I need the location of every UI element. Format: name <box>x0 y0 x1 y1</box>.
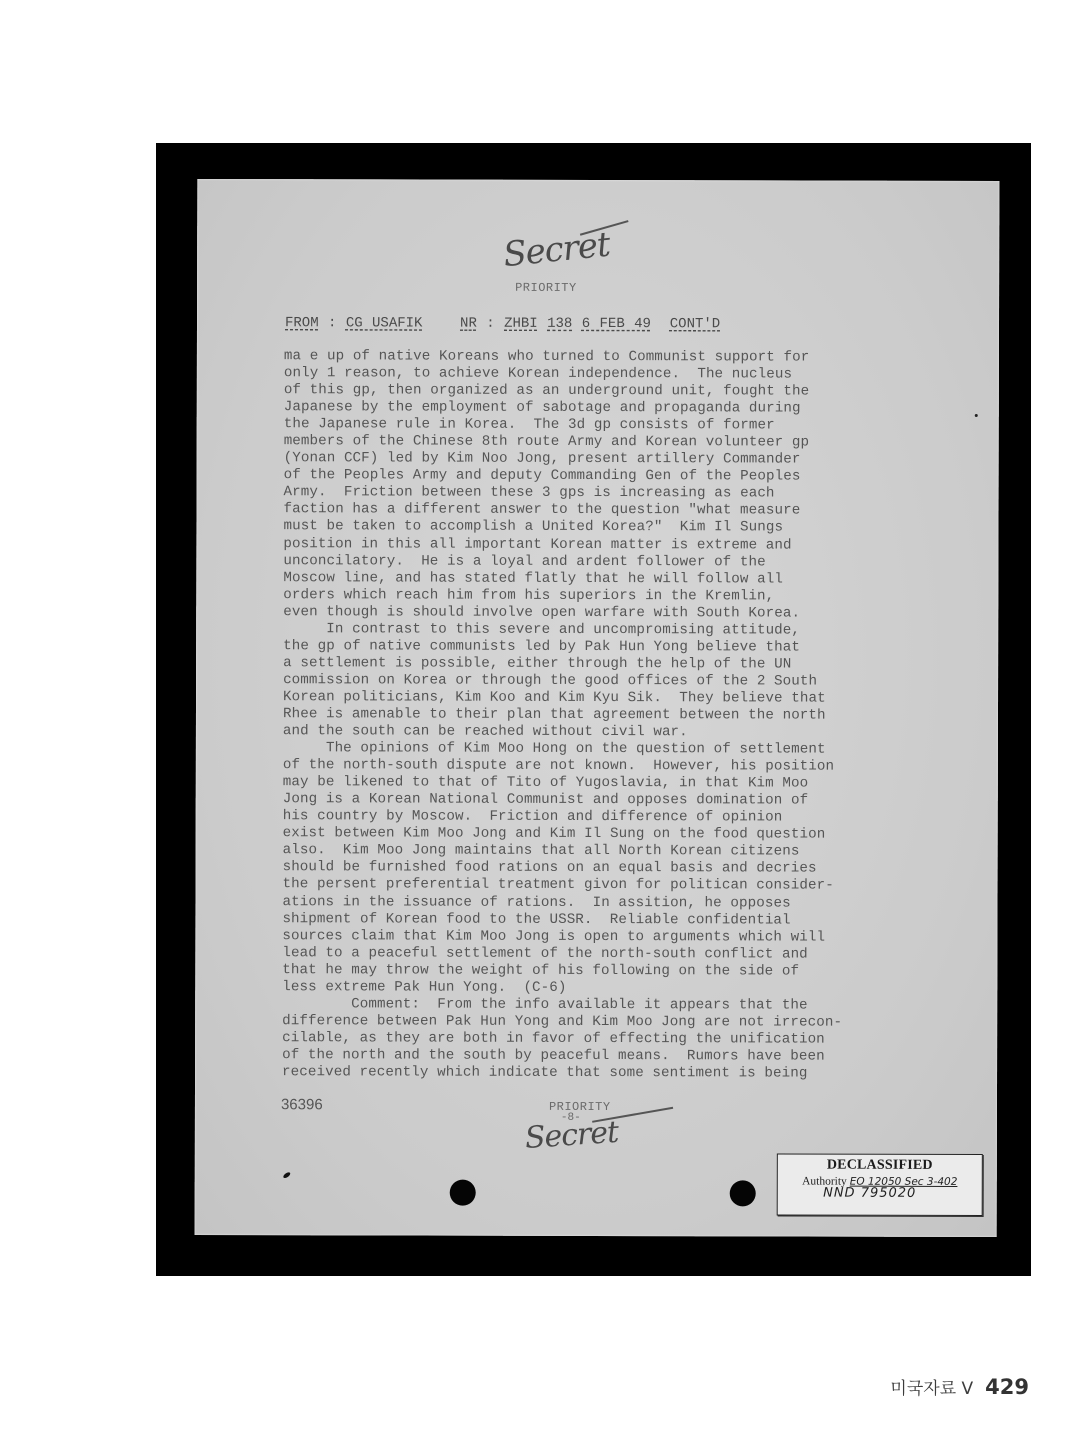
message-number: 138 <box>547 316 572 332</box>
body-line: cilable, as they are both in favor of ef… <box>282 1030 982 1049</box>
body-line: sources claim that Kim Moo Jong is open … <box>282 928 982 947</box>
body-line: members of the Chinese 8th route Army an… <box>284 433 984 452</box>
body-line: of the north-south dispute are not known… <box>283 757 983 776</box>
footer-page-number: 429 <box>985 1375 1029 1399</box>
body-line: ations in the issuance of rations. In as… <box>282 894 982 913</box>
body-line: shipment of Korean food to the USSR. Rel… <box>282 911 982 930</box>
handwritten-secret-top: Secret <box>501 225 611 276</box>
body-line: Army. Friction between these 3 gps is in… <box>284 485 984 504</box>
message-date: 6 FEB 49 <box>582 316 651 332</box>
body-line: less extreme Pak Hun Yong. (C-6) <box>282 979 982 998</box>
scan-frame: Secret PRIORITY FROM : CG USAFIK NR : ZH… <box>156 143 1031 1276</box>
body-line: that he may throw the weight of his foll… <box>282 962 982 981</box>
body-line: lead to a peaceful settlement of the nor… <box>282 945 982 964</box>
ink-speck <box>282 1171 291 1179</box>
from-label: FROM <box>285 315 319 331</box>
body-line: the Japanese rule in Korea. The 3d gp co… <box>284 416 984 435</box>
body-line: Rhee is amenable to their plan that agre… <box>283 706 983 725</box>
body-line: Korean politicians, Kim Koo and Kim Kyu … <box>283 689 983 708</box>
footer-section-title: 미국자료 V <box>890 1374 973 1399</box>
body-line: orders which reach him from his superior… <box>283 587 983 606</box>
body-line: Japanese by the employment of sabotage a… <box>284 399 984 418</box>
body-line: Jong is a Korean National Communist and … <box>283 791 983 810</box>
punch-hole-left <box>450 1180 476 1206</box>
body-line: a settlement is possible, either through… <box>283 655 983 674</box>
from-value: CG USAFIK <box>346 315 423 331</box>
body-line: exist between Kim Moo Jong and Kim Il Su… <box>283 825 983 844</box>
body-line: difference between Pak Hun Yong and Kim … <box>282 1013 982 1032</box>
body-line: even though is should involve open warfa… <box>283 604 983 623</box>
nr-value: ZHBI <box>504 316 538 332</box>
message-header: FROM : CG USAFIK NR : ZHBI 138 6 FEB 49 … <box>285 315 720 332</box>
body-line: The opinions of Kim Moo Hong on the ques… <box>283 740 983 759</box>
body-line: position in this all important Korean ma… <box>283 536 983 555</box>
body-line: of the north and the south by peaceful m… <box>282 1047 982 1066</box>
body-line: In contrast to this severe and uncomprom… <box>283 621 983 640</box>
body-line: received recently which indicate that so… <box>282 1064 982 1083</box>
body-line: faction has a different answer to the qu… <box>283 502 983 521</box>
body-line: of this gp, then organized as an undergr… <box>284 382 984 401</box>
body-line: Comment: From the info available it appe… <box>282 996 982 1015</box>
priority-label-top: PRIORITY <box>515 281 577 295</box>
body-line: ma e up of native Koreans who turned to … <box>284 348 984 367</box>
body-line: and the south can be reached without civ… <box>283 723 983 742</box>
handwritten-secret-bottom: Secret <box>524 1115 619 1156</box>
document-number: 36396 <box>281 1096 323 1113</box>
message-body: ma e up of native Koreans who turned to … <box>282 348 984 1083</box>
body-line: Moscow line, and has stated flatly that … <box>283 570 983 589</box>
punch-hole-right <box>730 1180 756 1206</box>
body-line: commission on Korea or through the good … <box>283 672 983 691</box>
declassified-title: DECLASSIFIED <box>778 1157 982 1174</box>
body-line: his country by Moscow. Friction and diff… <box>283 808 983 827</box>
body-line: unconcilatory. He is a loyal and ardent … <box>283 553 983 572</box>
body-line: must be taken to accomplish a United Kor… <box>283 519 983 538</box>
document-page: Secret PRIORITY FROM : CG USAFIK NR : ZH… <box>195 179 1000 1237</box>
continuation-mark: CONT'D <box>670 316 720 332</box>
declassified-stamp: DECLASSIFIED Authority EO 12050 Sec 3-40… <box>777 1153 983 1216</box>
page-footer: 미국자료 V 429 <box>890 1374 1029 1399</box>
body-line: (Yonan CCF) led by Kim Noo Jong, present… <box>284 450 984 469</box>
body-line: only 1 reason, to achieve Korean indepen… <box>284 365 984 384</box>
body-line: the persent preferential treatment givon… <box>283 877 983 896</box>
paper-speck <box>975 414 978 417</box>
nr-label: NR <box>460 316 477 332</box>
body-line: also. Kim Moo Jong maintains that all No… <box>283 843 983 862</box>
body-line: may be likened to that of Tito of Yugosl… <box>283 774 983 793</box>
body-line: should be furnished food rations on an e… <box>283 860 983 879</box>
body-line: the gp of native communists led by Pak H… <box>283 638 983 657</box>
body-line: of the Peoples Army and deputy Commandin… <box>284 468 984 487</box>
